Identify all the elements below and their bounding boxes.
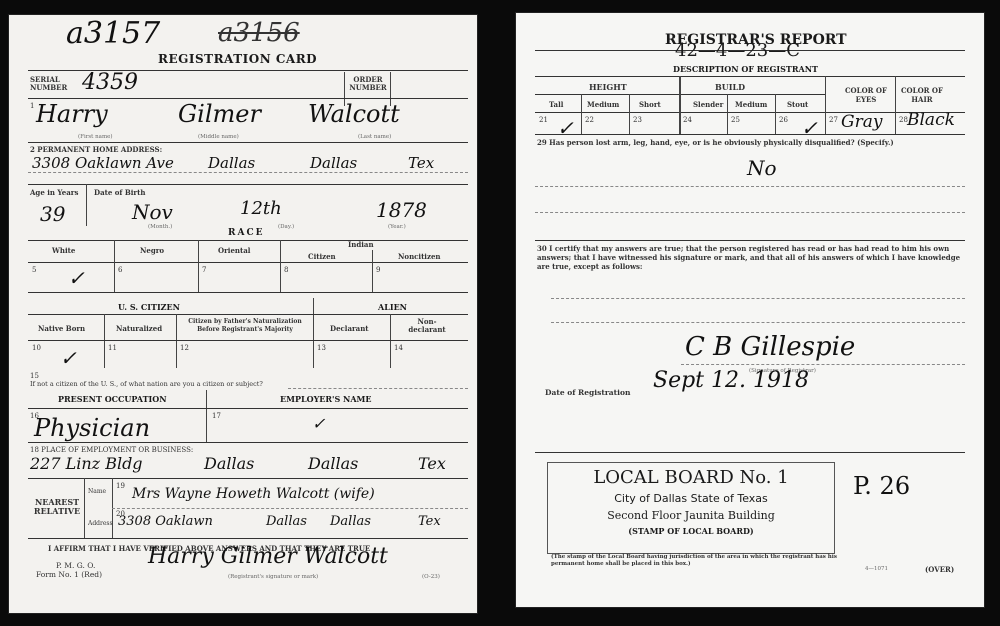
eye-color-value: Gray <box>841 112 882 132</box>
height-short-header: Short <box>639 100 661 109</box>
hair-color-header: COLOR OF HAIR <box>897 86 947 104</box>
field-number: 15 <box>30 372 39 380</box>
race-negro-header: Negro <box>140 246 164 255</box>
form-id-form-no: Form No. 1 (Red) <box>36 570 102 579</box>
registrars-report-card: REGISTRAR'S REPORT 42—4—23—C DESCRIPTION… <box>515 12 985 608</box>
relative-state: Tex <box>418 514 441 529</box>
employment-city: Dallas <box>204 454 254 473</box>
field-number: 1 <box>30 102 34 110</box>
field-number: 27 <box>829 116 838 124</box>
field-number: 5 <box>32 266 36 274</box>
height-tall-header: Tall <box>549 100 563 109</box>
field-number: 22 <box>585 116 594 124</box>
native-born-checkmark: ✓ <box>60 346 77 370</box>
field-number: 7 <box>202 266 206 274</box>
relative-city: Dallas <box>266 514 307 529</box>
question-29: 29 Has person lost arm, leg, hand, eye, … <box>537 138 965 147</box>
build-stout-header: Stout <box>787 100 808 109</box>
eye-color-header: COLOR OF EYES <box>841 86 891 104</box>
last-name-caption: (Last name) <box>358 134 391 140</box>
build-medium-header: Medium <box>735 100 767 109</box>
dob-day-caption: (Day.) <box>278 224 294 230</box>
employer-label: EMPLOYER'S NAME <box>280 394 372 404</box>
naturalized-header: Naturalized <box>116 324 162 333</box>
last-name: Walcott <box>308 100 400 128</box>
middle-name-caption: (Middle name) <box>198 134 239 140</box>
employment-county: Dallas <box>308 454 358 473</box>
home-county: Dallas <box>310 154 357 172</box>
registrar-signature: C B Gillespie <box>685 332 855 362</box>
file-number: a3157 <box>66 16 160 51</box>
field-number: 13 <box>317 344 326 352</box>
serial-number: 4359 <box>82 70 138 95</box>
field-number: 12 <box>180 344 189 352</box>
dob-label: Date of Birth <box>94 188 145 197</box>
stamp-line-2: City of Dallas State of Texas <box>548 492 834 505</box>
race-white-header: White <box>52 246 75 255</box>
dob-day: 12th <box>240 198 282 219</box>
nation-question: If not a citizen of the U. S., of what n… <box>30 380 263 388</box>
address-label: 2 PERMANENT HOME ADDRESS: <box>30 145 162 154</box>
field-number: 26 <box>779 116 788 124</box>
field-number: 11 <box>108 344 117 352</box>
declarant-header: Declarant <box>330 324 369 333</box>
dob-year-caption: (Year.) <box>388 224 406 230</box>
stamp-line-3: Second Floor Jaunita Building <box>548 509 834 522</box>
dob-month-caption: (Month.) <box>148 224 172 230</box>
stamp-line-1: LOCAL BOARD No. 1 <box>548 467 834 488</box>
home-city: Dallas <box>208 154 255 172</box>
field-number: 14 <box>394 344 403 352</box>
race-oriental-header: Oriental <box>218 246 250 255</box>
serial-label: SERIAL NUMBER <box>30 76 74 92</box>
signature-caption: (Registrant's signature or mark) <box>228 574 318 580</box>
age-value: 39 <box>40 202 65 226</box>
place-of-employment-label: 18 PLACE OF EMPLOYMENT OR BUSINESS: <box>30 446 193 454</box>
local-board-stamp-box: LOCAL BOARD No. 1 City of Dallas State o… <box>547 462 835 554</box>
father-naturalization-header: Citizen by Father's Naturalization Befor… <box>180 318 310 334</box>
date-of-registration-value: Sept 12. 1918 <box>653 368 809 393</box>
date-of-registration-label: Date of Registration <box>545 388 630 397</box>
hair-color-value: Black <box>907 110 955 130</box>
race-indian-header: Indian <box>348 240 374 249</box>
page-note: P. 26 <box>853 472 910 500</box>
race-indian-citizen-header: Citizen <box>308 252 336 261</box>
build-slender-header: Slender <box>693 100 723 109</box>
question-30-certification: 30 I certify that my answers are true; t… <box>537 244 965 271</box>
field-number: 8 <box>284 266 288 274</box>
non-declarant-header: Non-declarant <box>402 318 452 334</box>
form-id-pmgo: P. M. G. O. <box>56 561 95 570</box>
field-number: 24 <box>683 116 692 124</box>
relative-county: Dallas <box>330 514 371 529</box>
build-header: BUILD <box>715 82 745 92</box>
occupation-value: Physician <box>34 414 150 442</box>
employment-state: Tex <box>418 454 446 473</box>
alien-title: ALIEN <box>378 302 407 312</box>
home-street: 3308 Oaklawn Ave <box>32 154 174 172</box>
order-label: ORDER NUMBER <box>348 76 388 92</box>
report-code: 42—4—23—C <box>675 40 800 61</box>
field-number: 23 <box>633 116 642 124</box>
relative-name: Mrs Wayne Howeth Walcott (wife) <box>132 486 375 502</box>
field-number: 10 <box>32 344 41 352</box>
relative-address-label: Address <box>88 520 113 527</box>
race-title: RACE <box>228 228 265 238</box>
field-number: 19 <box>116 482 125 490</box>
field-number: 25 <box>731 116 740 124</box>
native-born-header: Native Born <box>38 324 85 333</box>
height-tall-checkmark: ✓ <box>557 116 574 140</box>
employment-street: 227 Linz Bldg <box>30 454 143 473</box>
first-name: Harry <box>36 100 108 128</box>
occupation-label: PRESENT OCCUPATION <box>58 394 167 404</box>
dob-month: Nov <box>132 200 173 224</box>
field-number: 17 <box>212 412 221 420</box>
home-state: Tex <box>408 154 434 172</box>
field-number: 21 <box>539 116 548 124</box>
field-number: 9 <box>376 266 380 274</box>
build-stout-checkmark: ✓ <box>801 116 818 140</box>
age-label: Age in Years <box>30 188 78 197</box>
crossed-file-number: a3156 <box>218 18 300 48</box>
height-header: HEIGHT <box>589 82 627 92</box>
employer-value: ✓ <box>312 414 325 433</box>
dob-year: 1878 <box>376 198 427 222</box>
over-label: (OVER) <box>925 565 954 574</box>
card-title: REGISTRATION CARD <box>158 52 317 66</box>
question-29-answer: No <box>747 156 777 180</box>
us-citizen-title: U. S. CITIZEN <box>118 302 180 312</box>
form-code: (O-23) <box>422 574 440 580</box>
right-form-code: 4—1071 <box>865 566 888 572</box>
relative-street: 3308 Oaklawn <box>118 514 213 529</box>
race-white-checkmark: ✓ <box>68 266 85 290</box>
field-number: 6 <box>118 266 122 274</box>
relative-name-label: Name <box>88 488 106 495</box>
registration-card: a3157 a3156 REGISTRATION CARD SERIAL NUM… <box>8 14 478 614</box>
description-subtitle: DESCRIPTION OF REGISTRANT <box>673 64 818 74</box>
registrant-signature: Harry Gilmer Walcott <box>148 544 388 569</box>
nearest-relative-label: NEAREST RELATIVE <box>32 498 82 516</box>
first-name-caption: (First name) <box>78 134 113 140</box>
height-medium-header: Medium <box>587 100 619 109</box>
middle-name: Gilmer <box>178 100 261 128</box>
stamp-line-4: (STAMP OF LOCAL BOARD) <box>548 526 834 536</box>
race-indian-noncitizen-header: Noncitizen <box>398 252 441 261</box>
stamp-note: (The stamp of the Local Board having jur… <box>551 554 841 568</box>
